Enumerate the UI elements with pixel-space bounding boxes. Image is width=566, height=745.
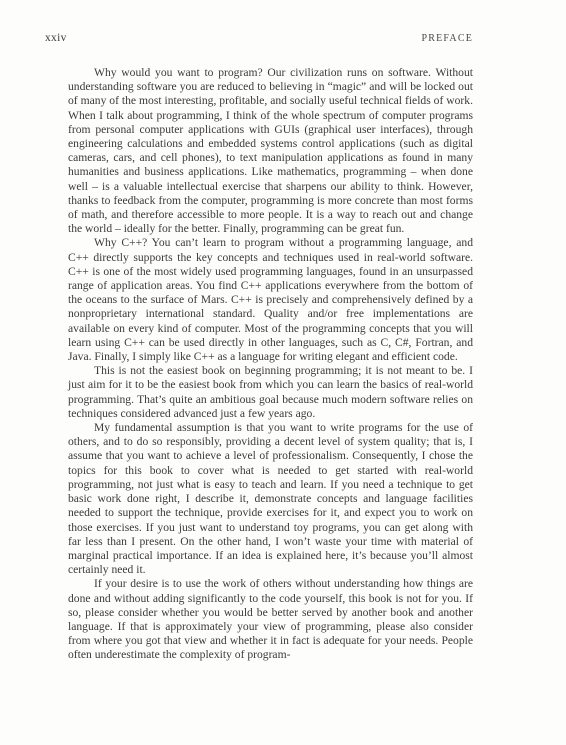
running-header: PREFACE (421, 33, 473, 44)
paragraph-not-easiest-book: This is not the easiest book on beginnin… (68, 364, 473, 421)
paragraph-why-program: Why would you want to program? Our civil… (68, 66, 473, 236)
paragraph-why-cpp: Why C++? You can’t learn to program with… (68, 236, 473, 364)
body-text: Why would you want to program? Our civil… (68, 66, 473, 663)
page-header: xxiv PREFACE (45, 32, 473, 44)
paragraph-if-your-desire: If your desire is to use the work of oth… (68, 577, 473, 662)
page-number: xxiv (45, 32, 67, 44)
paragraph-fundamental-assumption: My fundamental assumption is that you wa… (68, 421, 473, 577)
book-page: xxiv PREFACE Why would you want to progr… (0, 0, 566, 745)
